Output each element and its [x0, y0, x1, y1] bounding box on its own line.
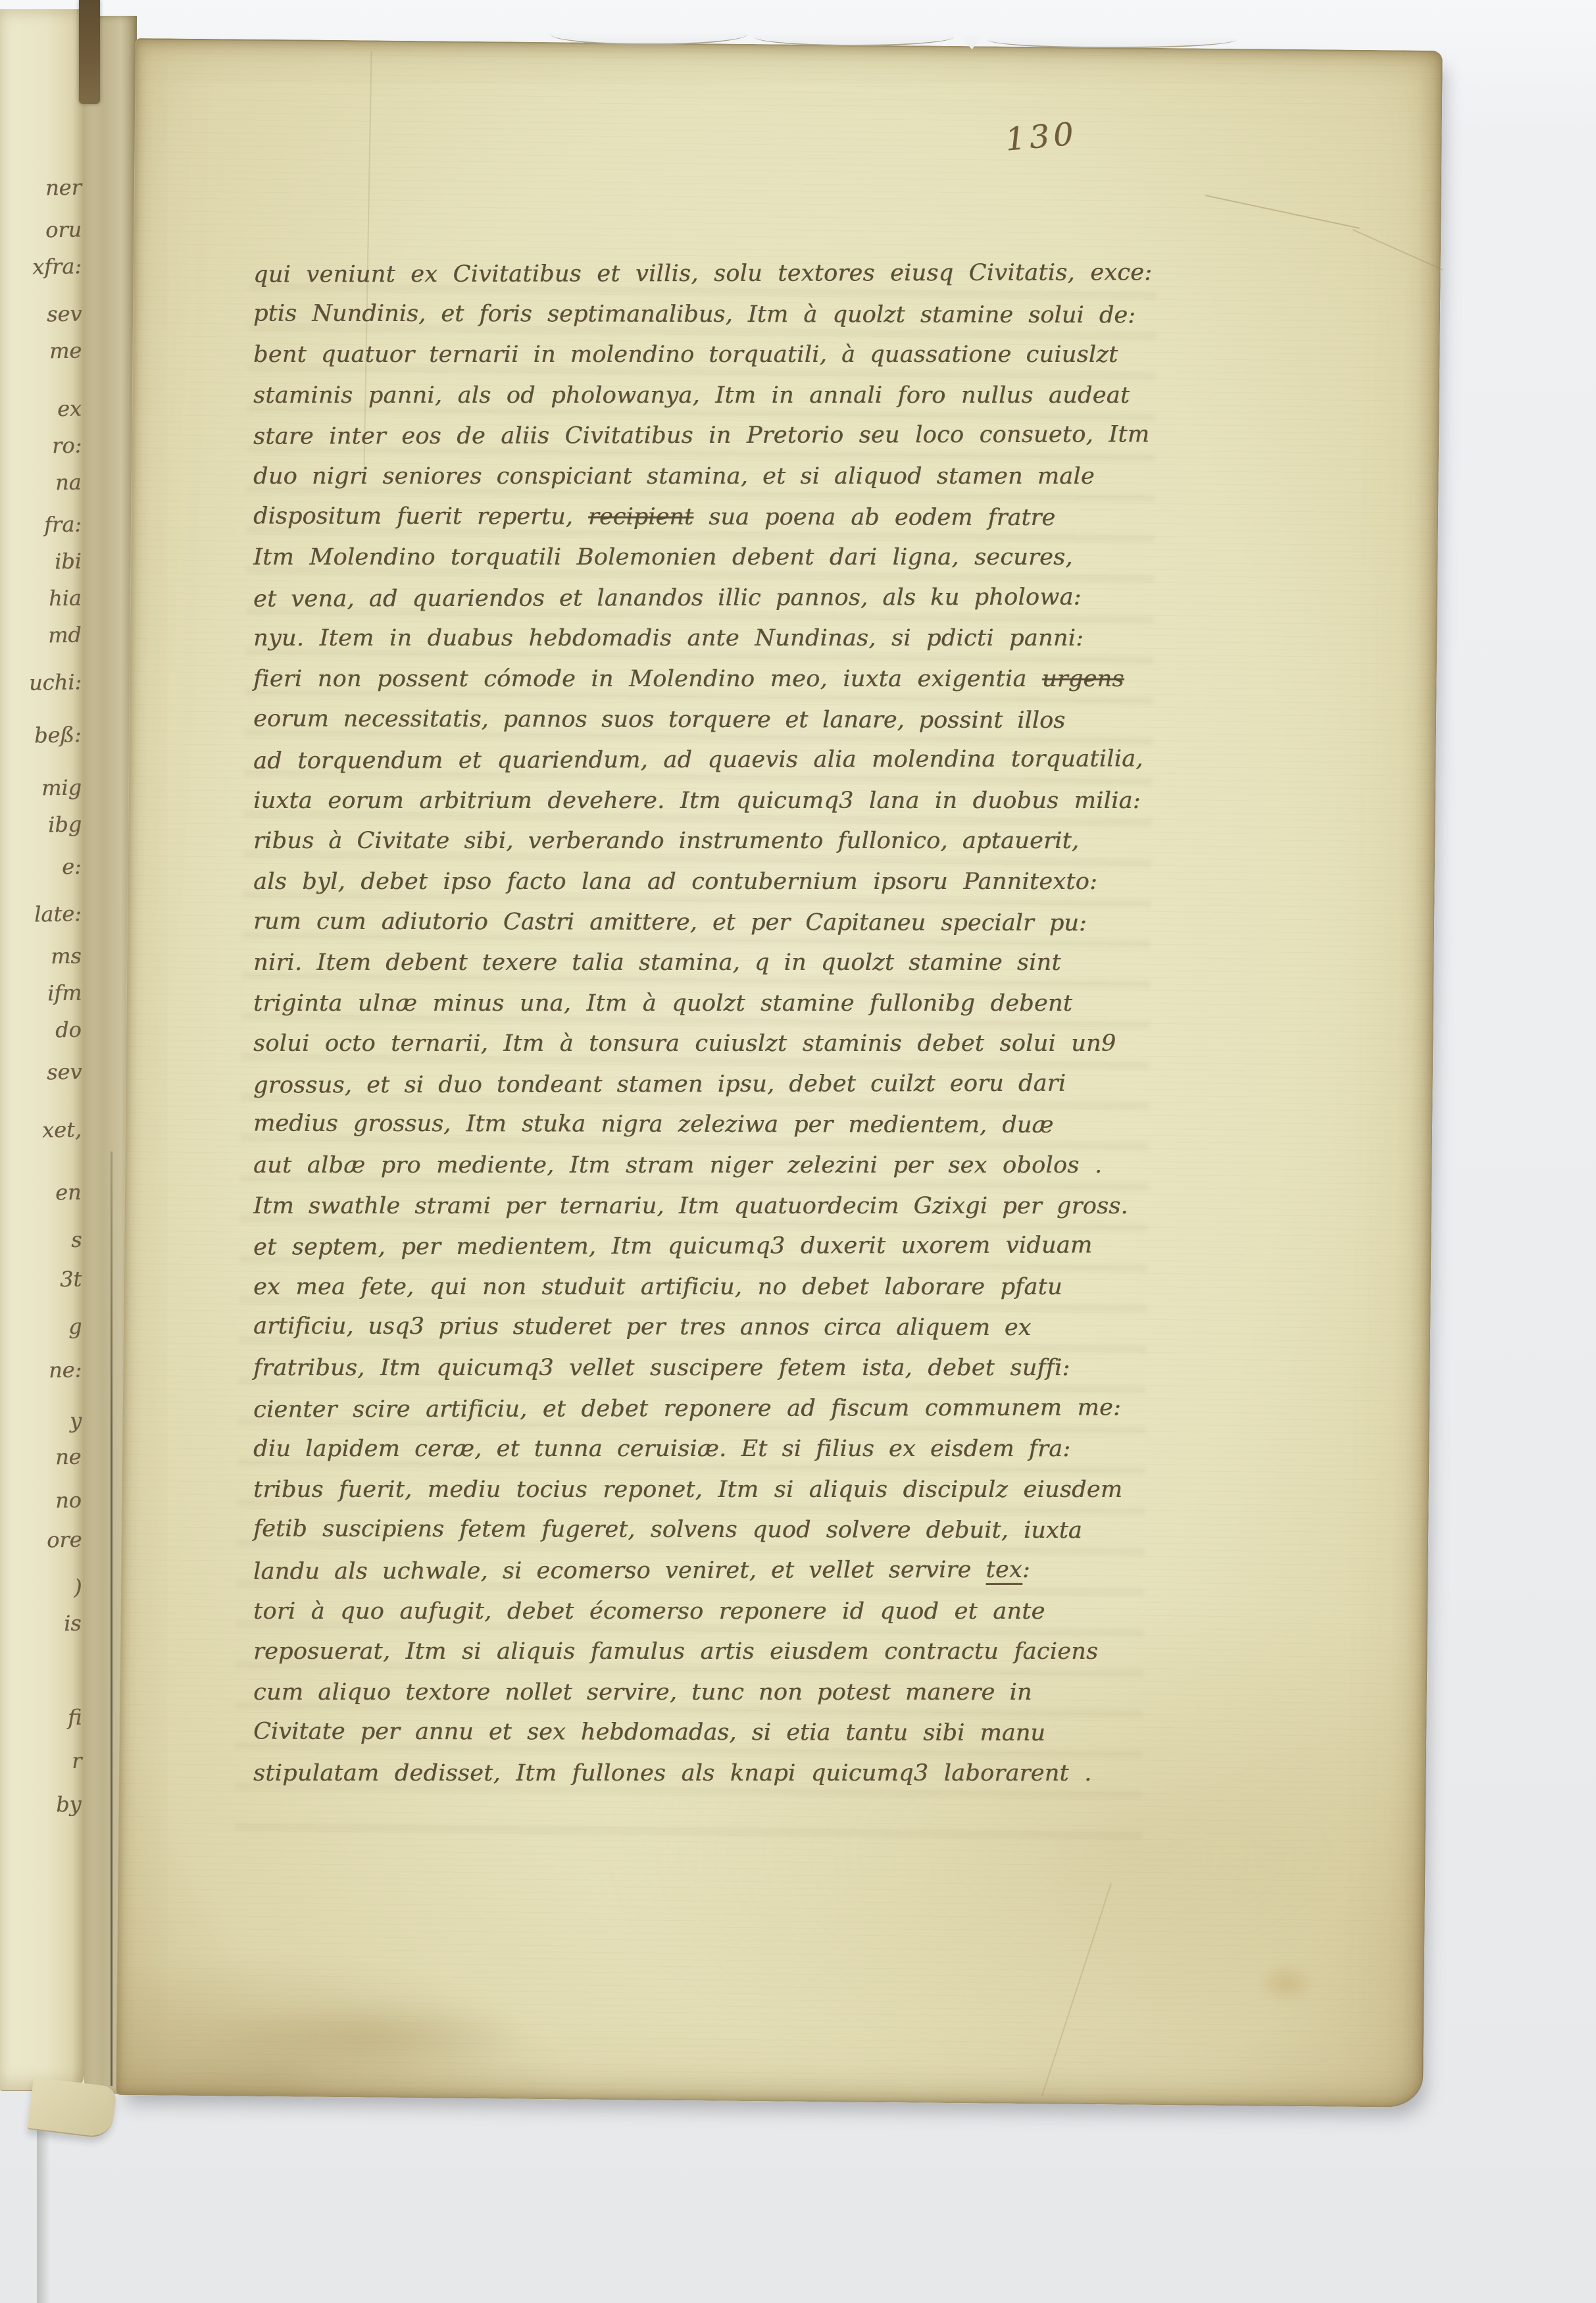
manuscript-line: ad torquendum et quariendum, ad quaevis …	[253, 746, 1171, 788]
manuscript-line: tori à quo aufugit, debet écomerso repon…	[253, 1598, 1171, 1639]
margin-fragment: ms	[51, 944, 82, 969]
manuscript-line: fratribus, Itm quicumq3 vellet suscipere…	[253, 1355, 1171, 1396]
margin-fragment: uchi:	[29, 669, 82, 695]
margin-fragment: y	[70, 1408, 82, 1433]
manuscript-line: eorum necessitatis, pannos suos torquere…	[253, 705, 1171, 748]
manuscript-line: bent quatuor ternarii in molendino torqu…	[253, 342, 1171, 382]
margin-fragment: sev	[46, 1059, 82, 1085]
manuscript-line: staminis panni, als od pholowanya, Itm i…	[253, 382, 1171, 423]
manuscript-line: diu lapidem ceræ, et tunna ceruisiæ. Et …	[253, 1436, 1171, 1477]
margin-fragment: late:	[34, 901, 82, 926]
margin-fragment: oru	[45, 217, 82, 243]
margin-fragment: fra:	[44, 512, 82, 538]
manuscript-line: stipulatam dedisset, Itm fullones als kn…	[253, 1760, 1171, 1801]
margin-fragment: r	[71, 1748, 82, 1773]
manuscript-line: triginta ulnæ minus una, Itm à quolzt st…	[253, 990, 1171, 1031]
margin-fragment: g	[68, 1314, 82, 1339]
backing-edge-shadow	[37, 2123, 50, 2303]
margin-fragment: fi	[67, 1705, 82, 1730]
margin-fragment: mig	[41, 774, 82, 800]
margin-fragment: ibi	[55, 549, 82, 574]
margin-fragment: beß:	[34, 722, 82, 747]
margin-fragment: na	[55, 470, 82, 495]
text-block: qui veniunt ex Civitatibus et villis, so…	[253, 261, 1171, 1801]
margin-fragment: s	[70, 1227, 82, 1252]
manuscript-line: rum cum adiutorio Castri amittere, et pe…	[253, 908, 1171, 951]
margin-fragment: ibg	[47, 812, 82, 838]
paper-stain	[158, 1987, 579, 2086]
margin-fragment: ore	[46, 1527, 82, 1553]
manuscript-line: qui veniunt ex Civitatibus et villis, so…	[253, 259, 1171, 302]
manuscript-line: medius grossus, Itm stuka nigra zeleziwa…	[253, 1111, 1171, 1153]
margin-fragment: ner	[45, 175, 82, 201]
margin-fragment: no	[55, 1488, 82, 1513]
margin-fragment: ne	[55, 1444, 82, 1470]
manuscript-line: landu als uchwale, si ecomerso veniret, …	[253, 1556, 1171, 1599]
manuscript-line: fetib suscipiens fetem fugeret, solvens …	[253, 1516, 1171, 1559]
binding-tape	[79, 0, 100, 104]
page-edge-shadow-line	[111, 1151, 112, 2086]
margin-fragment: xfra:	[32, 253, 82, 279]
manuscript-line: ribus à Civitate sibi, verberando instru…	[253, 828, 1171, 869]
scan-backing: neroruxfra:sevmeexro:nafra:ibihiamduchi:…	[0, 0, 1596, 2303]
manuscript-line: solui octo ternarii, Itm à tonsura cuius…	[253, 1030, 1171, 1071]
manuscript-line: reposuerat, Itm si aliquis famulus artis…	[253, 1638, 1171, 1679]
manuscript-line: Civitate per annu et sex hebdomadas, si …	[253, 1719, 1171, 1761]
manuscript-line: cienter scire artificiu, et debet repone…	[253, 1394, 1171, 1437]
manuscript-line: aut albæ pro mediente, Itm stram niger z…	[253, 1152, 1171, 1193]
margin-fragment: ex	[57, 396, 82, 422]
margin-fragment: md	[48, 622, 82, 648]
margin-fragment: 3t	[59, 1267, 82, 1292]
folio-number: 130	[1004, 115, 1079, 158]
manuscript-line: Itm swathle strami per ternariu, Itm qua…	[253, 1193, 1171, 1234]
paper-stain	[1250, 1956, 1322, 2011]
manuscript-line: ex mea fete, qui non studuit artificiu, …	[253, 1274, 1171, 1315]
manuscript-line: grossus, et si duo tondeant stamen ipsu,…	[253, 1070, 1171, 1113]
manuscript-line: niri. Item debent texere talia stamina, …	[253, 949, 1171, 990]
facing-page-corner-curl	[28, 2077, 118, 2139]
manuscript-line: tribus fuerit, mediu tocius reponet, Itm…	[253, 1477, 1171, 1517]
manuscript-line: iuxta eorum arbitrium devehere. Itm quic…	[253, 788, 1171, 828]
margin-fragment: ro:	[51, 433, 82, 459]
manuscript-line: fieri non possent cómode in Molendino me…	[253, 666, 1171, 707]
manuscript-line: artificiu, usq3 prius studeret per tres …	[253, 1313, 1171, 1356]
margin-fragment: is	[64, 1611, 82, 1636]
margin-fragment: xet,	[42, 1117, 82, 1142]
margin-fragment: hia	[49, 586, 82, 611]
margin-fragment: sev	[46, 301, 82, 327]
manuscript-line: als byl, debet ipso facto lana ad contub…	[253, 869, 1171, 909]
margin-fragment: )	[73, 1575, 82, 1600]
margin-fragment: ifm	[47, 980, 82, 1006]
margin-fragment: e:	[62, 854, 82, 880]
facing-page-edge: neroruxfra:sevmeexro:nafra:ibihiamduchi:…	[0, 9, 84, 2091]
margin-fragment: by	[56, 1792, 82, 1817]
manuscript-line: et septem, per medientem, Itm quicumq3 d…	[253, 1232, 1171, 1275]
margin-fragment: en	[55, 1180, 82, 1205]
margin-fragment: me	[49, 338, 82, 364]
margin-fragment: do	[55, 1017, 82, 1043]
manuscript-line: duo nigri seniores conspiciant stamina, …	[253, 463, 1171, 504]
manuscript-line: cum aliquo textore nollet servire, tunc …	[253, 1679, 1171, 1720]
manuscript-line: dispositum fuerit repertu, recipient sua…	[253, 503, 1171, 545]
manuscript-line: Itm Molendino torquatili Bolemonien debe…	[253, 544, 1171, 585]
manuscript-line: stare inter eos de aliis Civitatibus in …	[253, 422, 1171, 465]
manuscript-line: ptis Nundinis, et foris septimanalibus, …	[253, 300, 1171, 343]
manuscript-line: et vena, ad quariendos et lanandos illic…	[253, 584, 1171, 626]
manuscript-line: nyu. Item in duabus hebdomadis ante Nund…	[253, 625, 1171, 666]
margin-fragment: ne:	[48, 1357, 82, 1383]
